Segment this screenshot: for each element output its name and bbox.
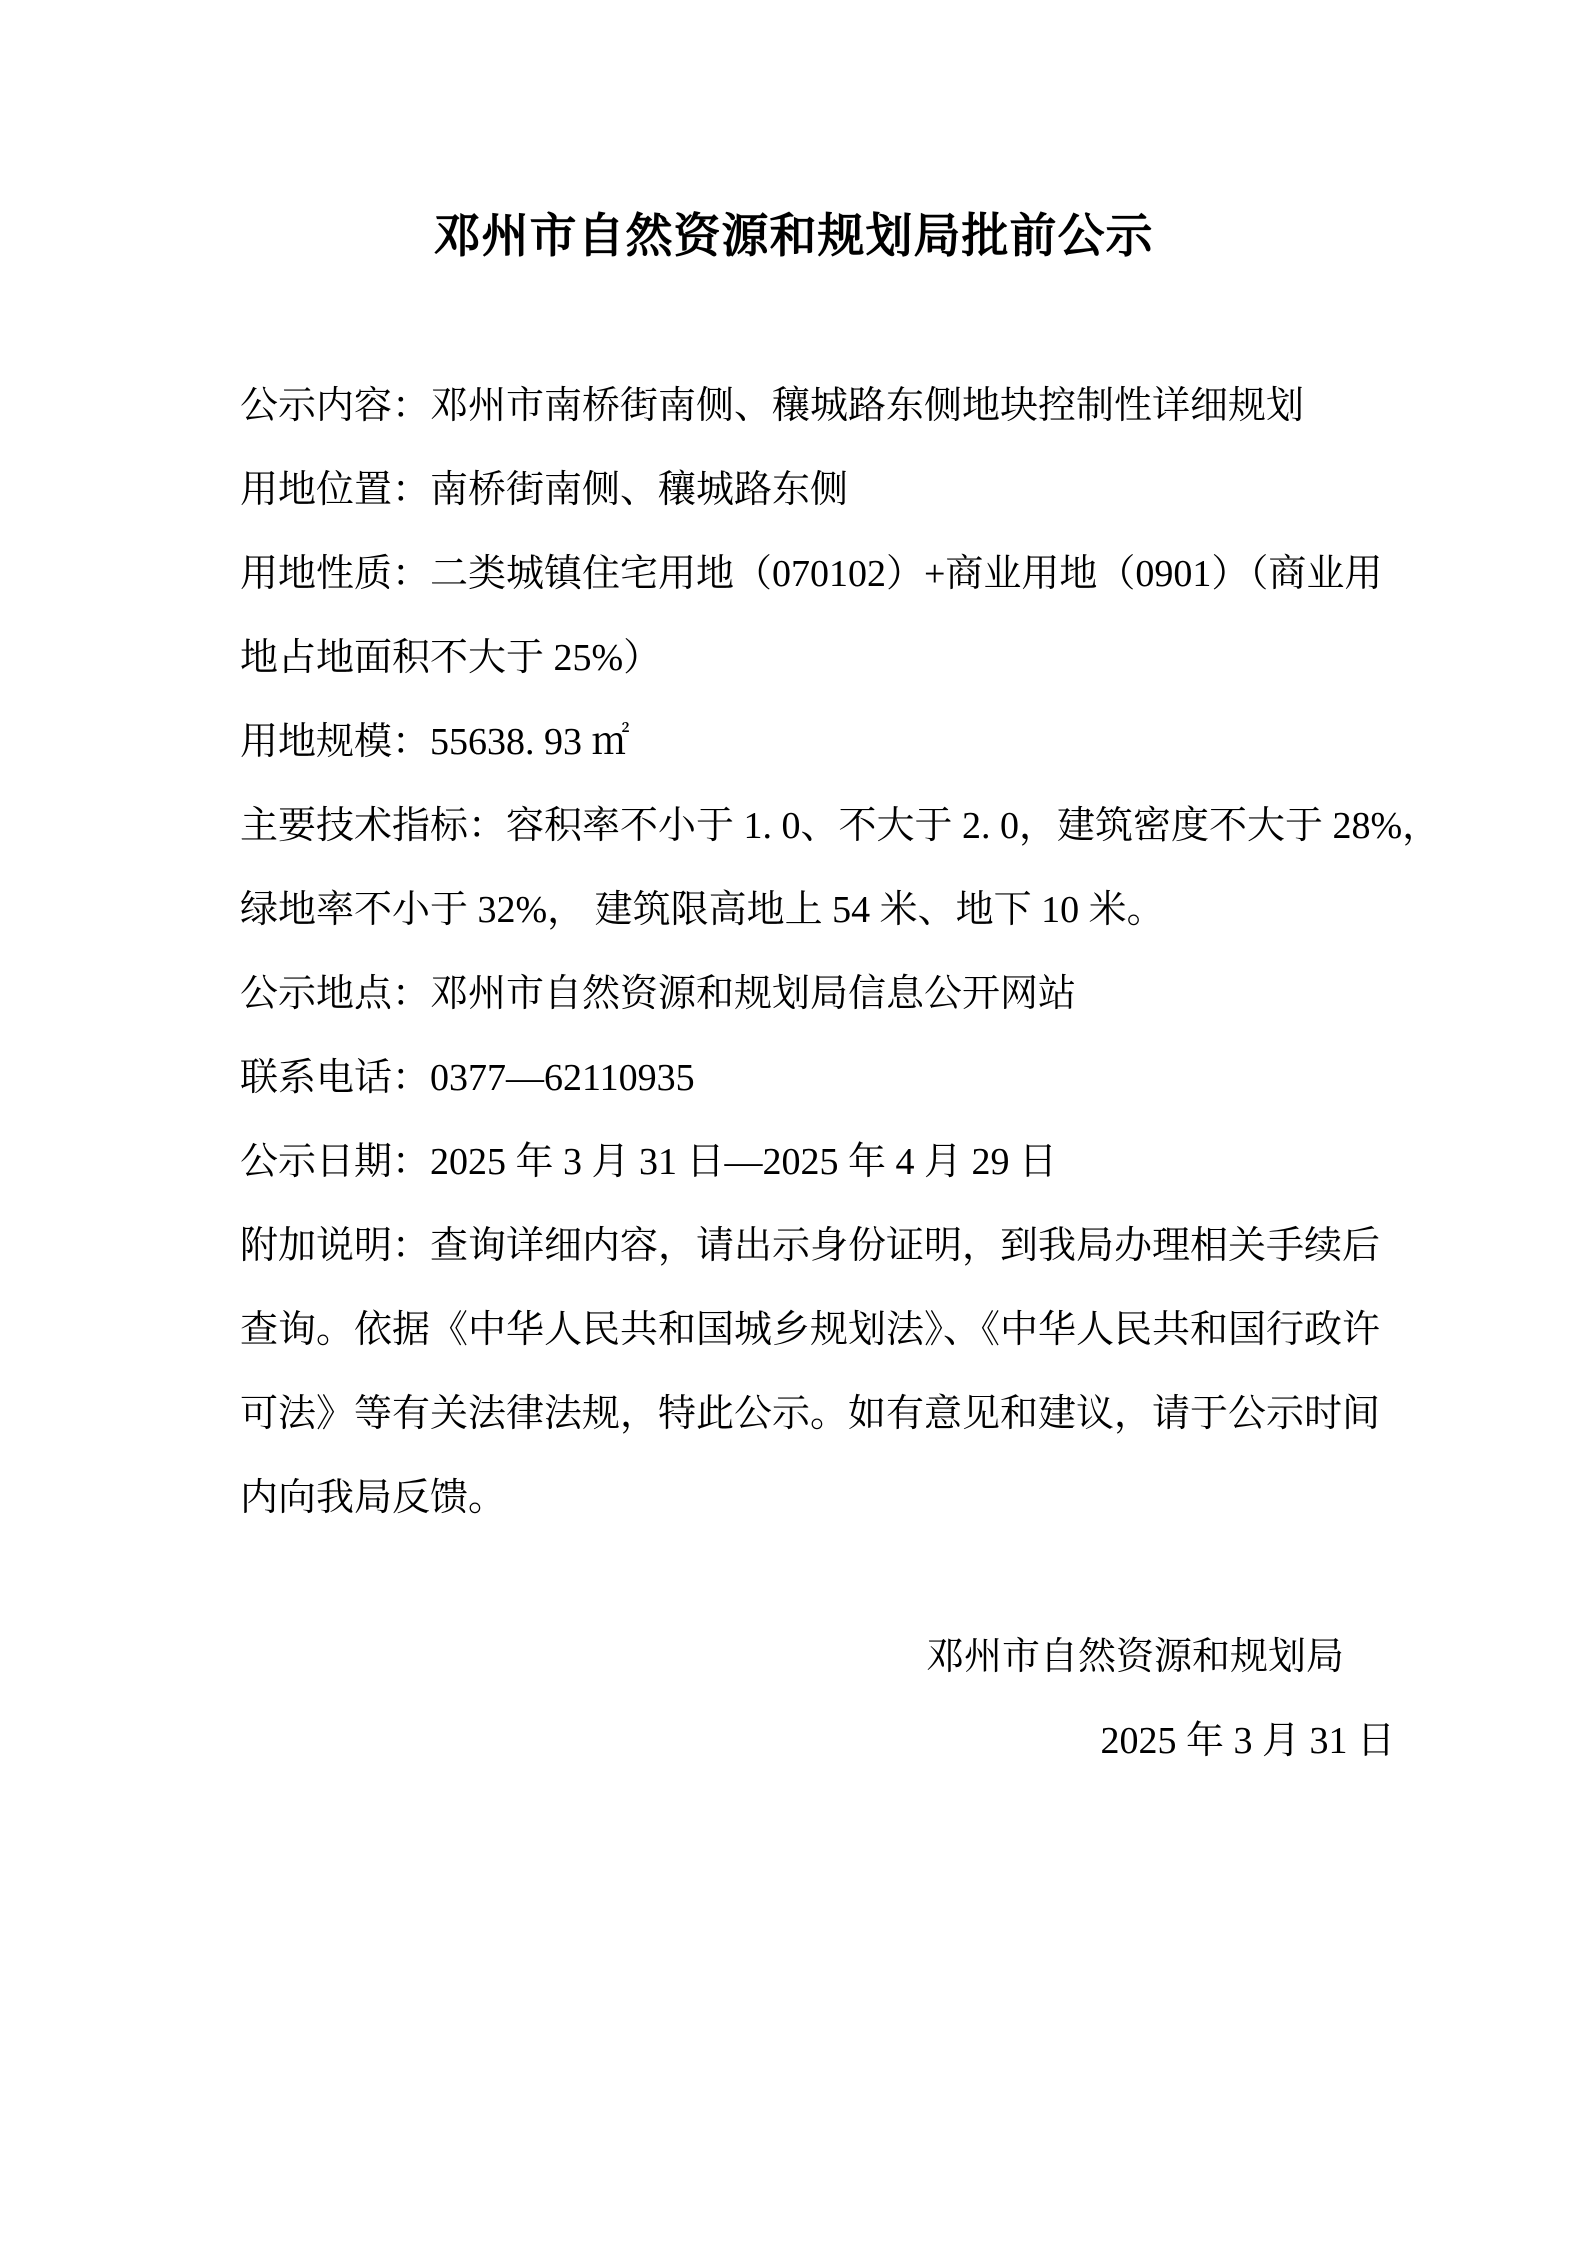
body-line-land-use-2: 地占地面积不大于 25%） xyxy=(240,616,1587,700)
signature-organization: 邓州市自然资源和规划局 xyxy=(0,1615,1587,1699)
body-line-announcement-dates: 公示日期：2025 年 3 月 31 日—2025 年 4 月 29 日 xyxy=(240,1120,1587,1204)
body-line-contact-phone: 联系电话：0377—62110935 xyxy=(240,1036,1587,1120)
body-line-additional-notes-3: 可法》等有关法律法规，特此公示。如有意见和建议，请于公示时间 xyxy=(240,1372,1587,1456)
document-title: 邓州市自然资源和规划局批前公示 xyxy=(240,212,1347,264)
body-line-additional-notes-4: 内向我局反馈。 xyxy=(240,1456,1587,1540)
body-line-additional-notes-1: 附加说明：查询详细内容，请出示身份证明，到我局办理相关手续后 xyxy=(240,1204,1587,1288)
body-line-land-scale: 用地规模：55638. 93 ㎡ xyxy=(240,700,1587,784)
body-line-land-location: 用地位置：南桥街南侧、穰城路东侧 xyxy=(240,448,1587,532)
signature-date: 2025 年 3 月 31 日 xyxy=(0,1699,1587,1783)
body-line-tech-indicators-2: 绿地率不小于 32%， 建筑限高地上 54 米、地下 10 米。 xyxy=(240,868,1587,952)
signature-block: 邓州市自然资源和规划局 2025 年 3 月 31 日 xyxy=(0,1615,1587,1783)
body-line-announcement-content: 公示内容：邓州市南桥街南侧、穰城路东侧地块控制性详细规划 xyxy=(240,364,1587,448)
body-line-additional-notes-2: 查询。依据《中华人民共和国城乡规划法》、《中华人民共和国行政许 xyxy=(240,1288,1587,1372)
body-line-land-use-1: 用地性质：二类城镇住宅用地（070102）+商业用地（0901）（商业用 xyxy=(240,532,1587,616)
body-line-announcement-place: 公示地点：邓州市自然资源和规划局信息公开网站 xyxy=(240,952,1587,1036)
document-body: 公示内容：邓州市南桥街南侧、穰城路东侧地块控制性详细规划 用地位置：南桥街南侧、… xyxy=(240,364,1587,1540)
notice-document-page: 邓州市自然资源和规划局批前公示 公示内容：邓州市南桥街南侧、穰城路东侧地块控制性… xyxy=(0,0,1587,2245)
body-line-tech-indicators-1: 主要技术指标：容积率不小于 1. 0、不大于 2. 0，建筑密度不大于 28%， xyxy=(240,784,1587,868)
